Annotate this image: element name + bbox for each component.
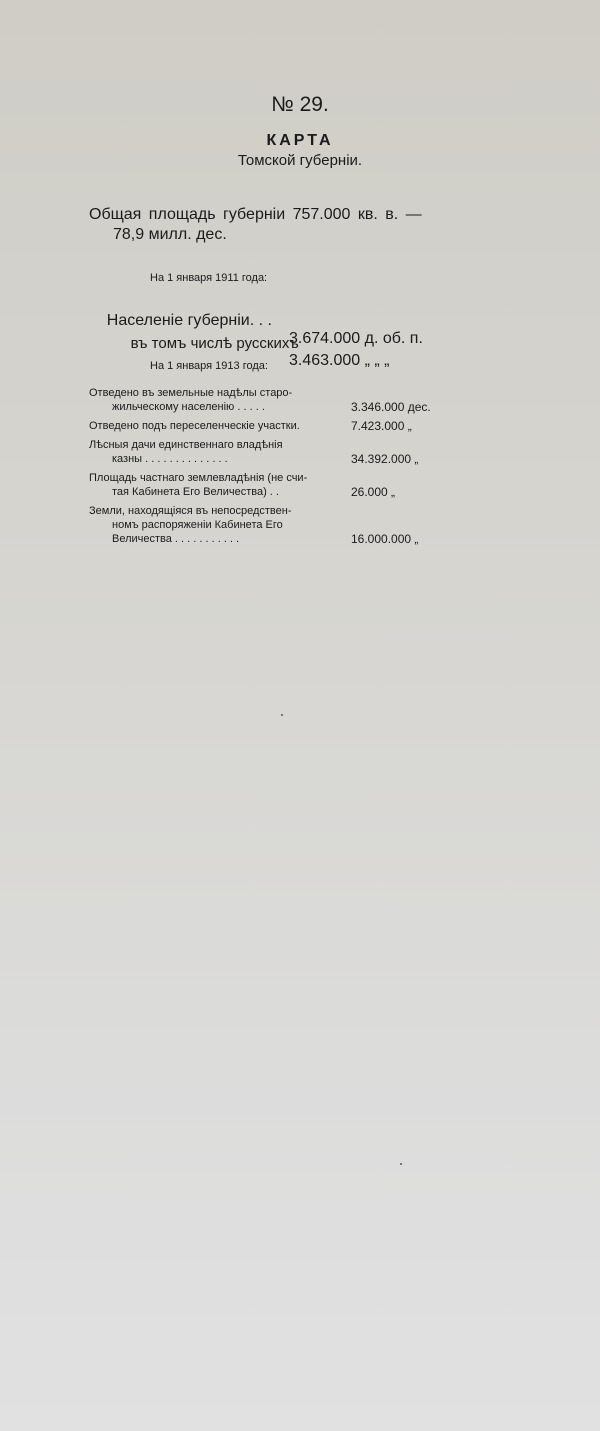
land-item: Земли, находящіяся въ непосредствен-номъ… xyxy=(89,504,449,546)
population-russian-row: въ томъ числѣ русскихъ 3.463.000 „ „ „ xyxy=(114,318,299,386)
land-item: Отведено въ земельные надѣлы старо-жильч… xyxy=(89,386,449,414)
land-item-text: Земли, находящіяся въ непосредствен- xyxy=(89,504,449,518)
population-russian-value: 3.463.000 „ „ „ xyxy=(289,352,390,370)
land-item-text: Лѣсныя дачи единственнаго владѣнія xyxy=(89,438,449,452)
population-date: На 1 января 1911 года: xyxy=(150,272,267,284)
population-russian-label: въ томъ числѣ русскихъ xyxy=(131,335,299,352)
paper-speck xyxy=(281,714,283,716)
paper-speck xyxy=(400,1163,402,1165)
land-item-text: номъ распоряженіи Кабинета Его xyxy=(89,518,449,532)
land-item-value: 34.392.000 „ xyxy=(351,452,418,466)
land-item-text: тая Кабинета Его Величества) . .26.000 „ xyxy=(89,485,449,499)
land-item-value: 3.346.000 дес. xyxy=(351,400,431,414)
land-item-text: Площадь частнаго землевладѣнія (не счи- xyxy=(89,471,449,485)
land-item: Площадь частнаго землевладѣнія (не счи-т… xyxy=(89,471,449,499)
land-item-text: Величества . . . . . . . . . . .16.000.0… xyxy=(89,532,449,546)
document-page: № 29. КАРТА Томской губерніи. Общая площ… xyxy=(0,0,600,1431)
page-subtitle: Томской губерніи. xyxy=(0,152,600,169)
total-area-line-2: 78,9 милл. дес. xyxy=(113,226,227,244)
land-item-text: жильческому населенію . . . . .3.346.000… xyxy=(89,400,449,414)
page-title: КАРТА xyxy=(0,132,600,150)
land-item: Лѣсныя дачи единственнаго владѣніяказны … xyxy=(89,438,449,466)
land-item: Отведено подъ переселенческіе участки.7.… xyxy=(89,419,449,433)
land-item-text: Отведено въ земельные надѣлы старо- xyxy=(89,386,449,400)
land-item-value: 7.423.000 „ xyxy=(351,419,412,433)
land-item-text: казны . . . . . . . . . . . . . .34.392.… xyxy=(89,452,449,466)
land-date: На 1 января 1913 года: xyxy=(150,360,268,372)
land-item-value: 26.000 „ xyxy=(351,485,395,499)
total-area-line-1: Общая площадь губерніи 757.000 кв. в. — xyxy=(89,206,422,224)
land-item-text: Отведено подъ переселенческіе участки.7.… xyxy=(89,419,449,433)
land-item-value: 16.000.000 „ xyxy=(351,532,418,546)
land-allocation-list: Отведено въ земельные надѣлы старо-жильч… xyxy=(89,386,449,551)
map-number: № 29. xyxy=(0,93,600,117)
population-total-value: 3.674.000 д. об. п. xyxy=(289,330,423,348)
